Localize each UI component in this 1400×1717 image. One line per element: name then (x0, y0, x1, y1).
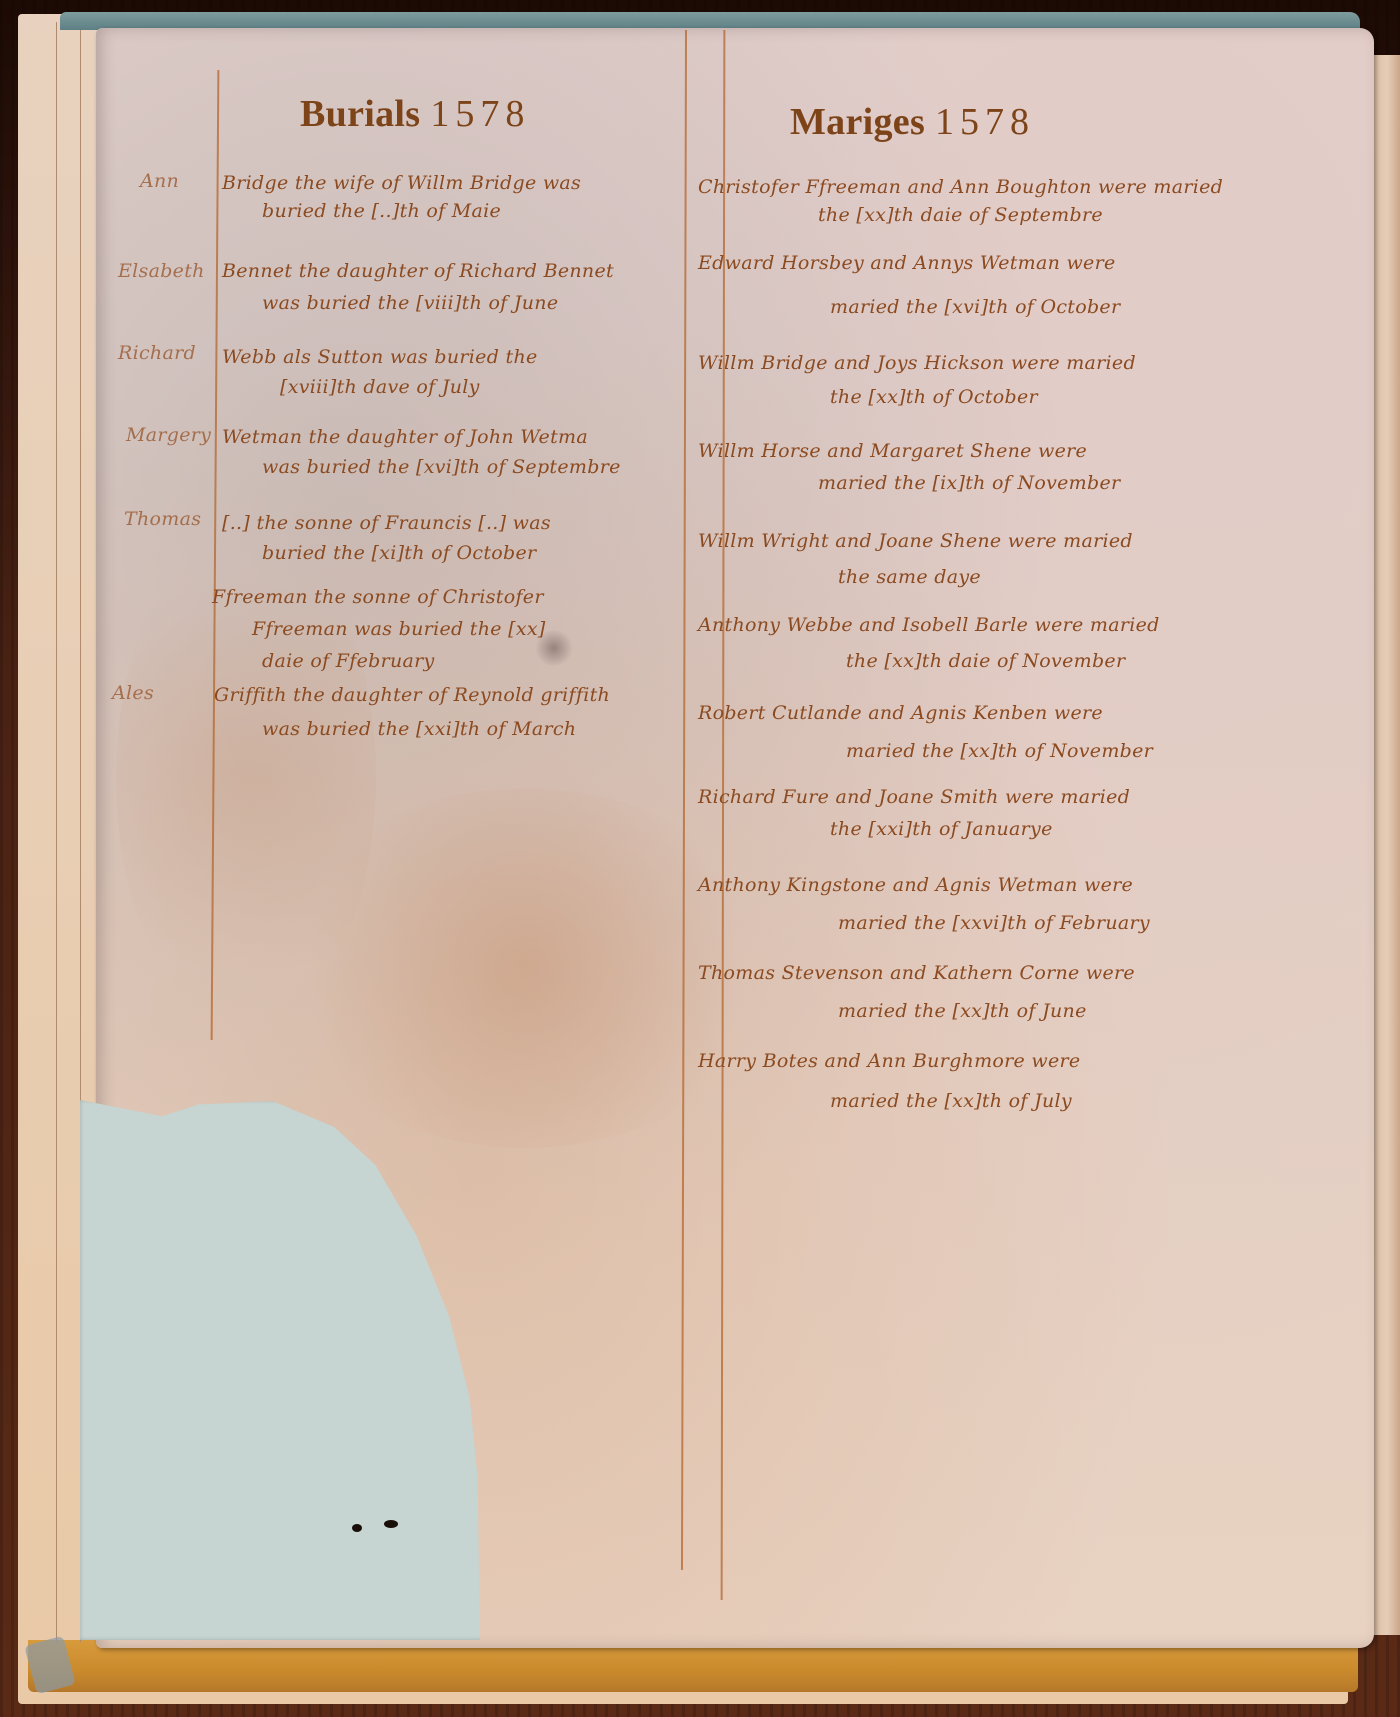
marriage-line: Edward Horsbey and Annys Wetman were (698, 252, 1116, 274)
burial-line: Wetman the daughter of John Wetma (222, 426, 588, 448)
burial-margin-name: Ales (112, 682, 154, 704)
burial-line: was buried the [xxi]th of March (262, 718, 576, 740)
marriage-line: Willm Bridge and Joys Hickson were marie… (698, 352, 1136, 374)
burial-line: Griffith the daughter of Reynold griffit… (214, 684, 610, 706)
marriage-line: Anthony Kingstone and Agnis Wetman were (698, 874, 1133, 896)
marriage-line: Richard Fure and Joane Smith were maried (698, 786, 1130, 808)
marriage-line: maried the [xx]th of November (846, 740, 1153, 762)
burial-margin-name: Ann (140, 170, 179, 192)
ink-spot (384, 1520, 398, 1528)
burial-line: daie of Ffebruary (262, 650, 435, 672)
burial-margin-name: Thomas (124, 508, 201, 530)
marriage-line: maried the [xvi]th of October (830, 296, 1120, 318)
marriage-line: the [xx]th daie of Septembre (818, 204, 1103, 226)
burial-line: [xviii]th dave of July (280, 376, 480, 398)
marriages-heading: Mariges1578 (790, 100, 1035, 144)
marriage-line: the [xx]th of October (830, 386, 1038, 408)
burial-line: buried the [xi]th of October (262, 542, 536, 564)
marriage-line: maried the [xx]th of June (838, 1000, 1087, 1022)
burial-line: [..] the sonne of Frauncis [..] was (222, 512, 551, 534)
burial-line: Bridge the wife of Willm Bridge was (222, 172, 581, 194)
burial-margin-name: Margery (126, 424, 211, 446)
burial-margin-name: Richard (118, 342, 196, 364)
burial-line: was buried the [viii]th of June (262, 292, 558, 314)
burial-line: Ffreeman the sonne of Christofer (212, 586, 544, 608)
marriage-line: maried the [xx]th of July (830, 1090, 1072, 1112)
burial-line: buried the [..]th of Maie (262, 200, 501, 222)
gutter-leaf-1 (40, 22, 57, 1642)
marriages-heading-title: Mariges (790, 101, 925, 143)
marriage-line: maried the [xxvi]th of February (838, 912, 1150, 934)
burials-heading: Burials1578 (300, 92, 530, 136)
marriage-line: Thomas Stevenson and Kathern Corne were (698, 962, 1135, 984)
marriage-line: Willm Wright and Joane Shene were maried (698, 530, 1133, 552)
marriages-heading-year: 1578 (935, 101, 1035, 143)
burials-heading-title: Burials (300, 93, 420, 135)
burial-line: Bennet the daughter of Richard Bennet (222, 260, 614, 282)
marriage-line: the [xx]th daie of November (846, 650, 1125, 672)
burial-margin-name: Elsabeth (118, 260, 205, 282)
marriage-line: Harry Botes and Ann Burghmore were (698, 1050, 1080, 1072)
burials-heading-year: 1578 (430, 93, 530, 135)
marriage-line: Willm Horse and Margaret Shene were (698, 440, 1087, 462)
marriage-line: Robert Cutlande and Agnis Kenben were (698, 702, 1103, 724)
marriage-line: the [xxi]th of Januarye (830, 818, 1053, 840)
ink-spot (352, 1524, 362, 1532)
marriage-line: maried the [ix]th of November (818, 472, 1120, 494)
burial-line: Webb als Sutton was buried the (222, 346, 538, 368)
marriage-line: Anthony Webbe and Isobell Barle were mar… (698, 614, 1160, 636)
burial-line: was buried the [xvi]th of Septembre (262, 456, 621, 478)
gutter-leaf-2 (62, 22, 81, 1642)
marriage-line: the same daye (838, 566, 981, 588)
burial-line: Ffreeman was buried the [xx] (252, 618, 546, 640)
marriage-line: Christofer Ffreeman and Ann Boughton wer… (698, 176, 1223, 198)
